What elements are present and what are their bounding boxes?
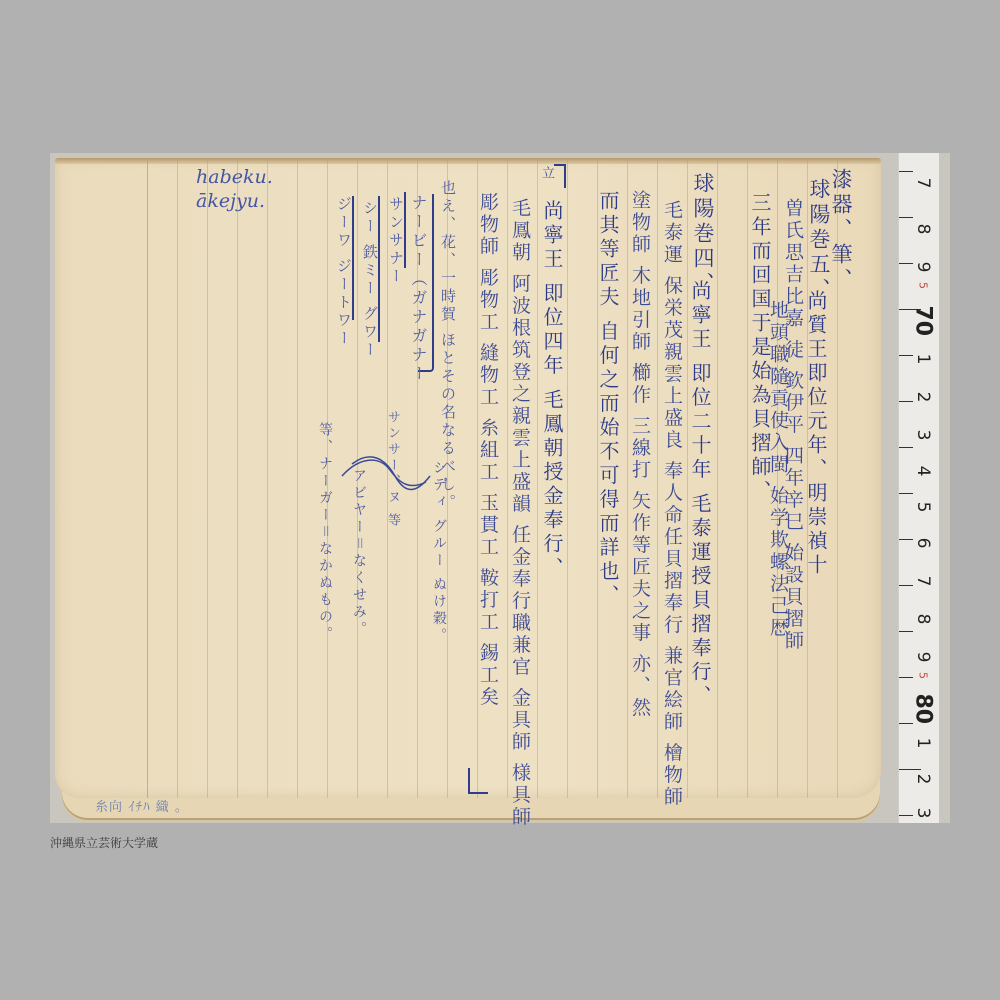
- text-column: 球陽巻五、: [808, 178, 829, 303]
- ruler-label: 70: [911, 306, 936, 326]
- romaji-note-line1: habeku.: [196, 166, 273, 188]
- ruled-line: [267, 158, 268, 798]
- text-column: 尚寧王 即位四年 毛鳳朝授金奉行、: [542, 200, 562, 581]
- text-column: 三年而回国于是始為貝摺師、: [750, 192, 770, 504]
- ruler-label: 2: [913, 387, 933, 407]
- text-column: 而其等匠夫 自何之而始不可得而詳也、: [598, 190, 618, 608]
- text-column: 尚質王即位元年、明崇禎十: [806, 290, 826, 578]
- ruled-line: [177, 158, 178, 798]
- corner-bracket-top: [554, 164, 566, 188]
- text-column: 球陽巻四、: [692, 172, 713, 297]
- ruler-label: 7: [913, 173, 933, 193]
- ruled-line: [627, 158, 628, 798]
- text-column: ジーワ ジートワー: [336, 196, 351, 348]
- ruler-label: 80: [911, 694, 936, 714]
- ruler-label: 3: [913, 803, 933, 823]
- ruler-label: 1: [913, 349, 933, 369]
- text-column: サンサナー: [388, 196, 403, 286]
- connector-curve: [330, 450, 440, 500]
- ruler-label: 5: [917, 666, 930, 686]
- measuring-ruler: 7 8 9 5 70 1 2 3 4 5 6 7 8 9 5 80 1 2 3: [898, 153, 939, 823]
- corner-bracket-bottom: [468, 768, 488, 794]
- list-bracket: [404, 192, 408, 268]
- lower-page-text: 糸向 ｲﾁﾊ 織 。: [95, 796, 189, 815]
- ruler-label: 8: [913, 219, 933, 239]
- text-column: 彫物師 彫物工 縫物工 糸組工 玉貫工 鞍打工 錫工矣: [478, 192, 497, 708]
- romaji-note-line2: ākejyu.: [196, 190, 265, 212]
- ruler-label: 3: [913, 425, 933, 445]
- text-column: シー 鉄ミー グワー: [362, 200, 377, 360]
- ruler-label: 6: [913, 533, 933, 553]
- ruler-label: 5: [917, 276, 930, 296]
- ruled-line: [297, 158, 298, 798]
- ruled-line: [237, 158, 238, 798]
- text-column: 塗物師 木地引師 櫛作 三線打 矢作等匠夫之事 亦、然: [630, 190, 649, 719]
- text-column: 尚寧王 即位二十年 毛泰運授貝摺奉行、: [690, 280, 710, 709]
- ruled-line: [657, 158, 658, 798]
- text-column: ナービー（ガナガナー: [410, 194, 426, 384]
- collection-caption: 沖縄県立芸術大学蔵: [50, 834, 158, 851]
- list-bracket: [352, 196, 356, 320]
- ruled-line: [537, 158, 538, 798]
- list-bracket: [378, 196, 382, 342]
- ruled-line: [717, 158, 718, 798]
- margin-line: [147, 158, 148, 798]
- text-column: 毛鳳朝 阿波根筑登之親雲上盛韻 任金奉行職兼官 金具師 様具師: [510, 198, 529, 828]
- ruler-label: 5: [913, 497, 933, 517]
- ruled-line: [507, 158, 508, 798]
- ruler-label: 9: [913, 647, 933, 667]
- ruler-label: 9: [913, 257, 933, 277]
- page-top-edge: [55, 158, 881, 164]
- ruler-label: 4: [913, 461, 933, 481]
- ruler-label: 2: [913, 769, 933, 789]
- text-column: 漆器、筆、: [830, 168, 851, 293]
- top-mark: 立: [540, 166, 553, 182]
- ruler-label: 8: [913, 609, 933, 629]
- ruler-label: 7: [913, 571, 933, 591]
- text-column: 毛泰運 保栄茂親雲上盛良 奉人命任貝摺奉行 兼官絵師 檜物師: [662, 200, 681, 808]
- ruled-line: [207, 158, 208, 798]
- ruled-line: [567, 158, 568, 798]
- ruler-label: 1: [913, 733, 933, 753]
